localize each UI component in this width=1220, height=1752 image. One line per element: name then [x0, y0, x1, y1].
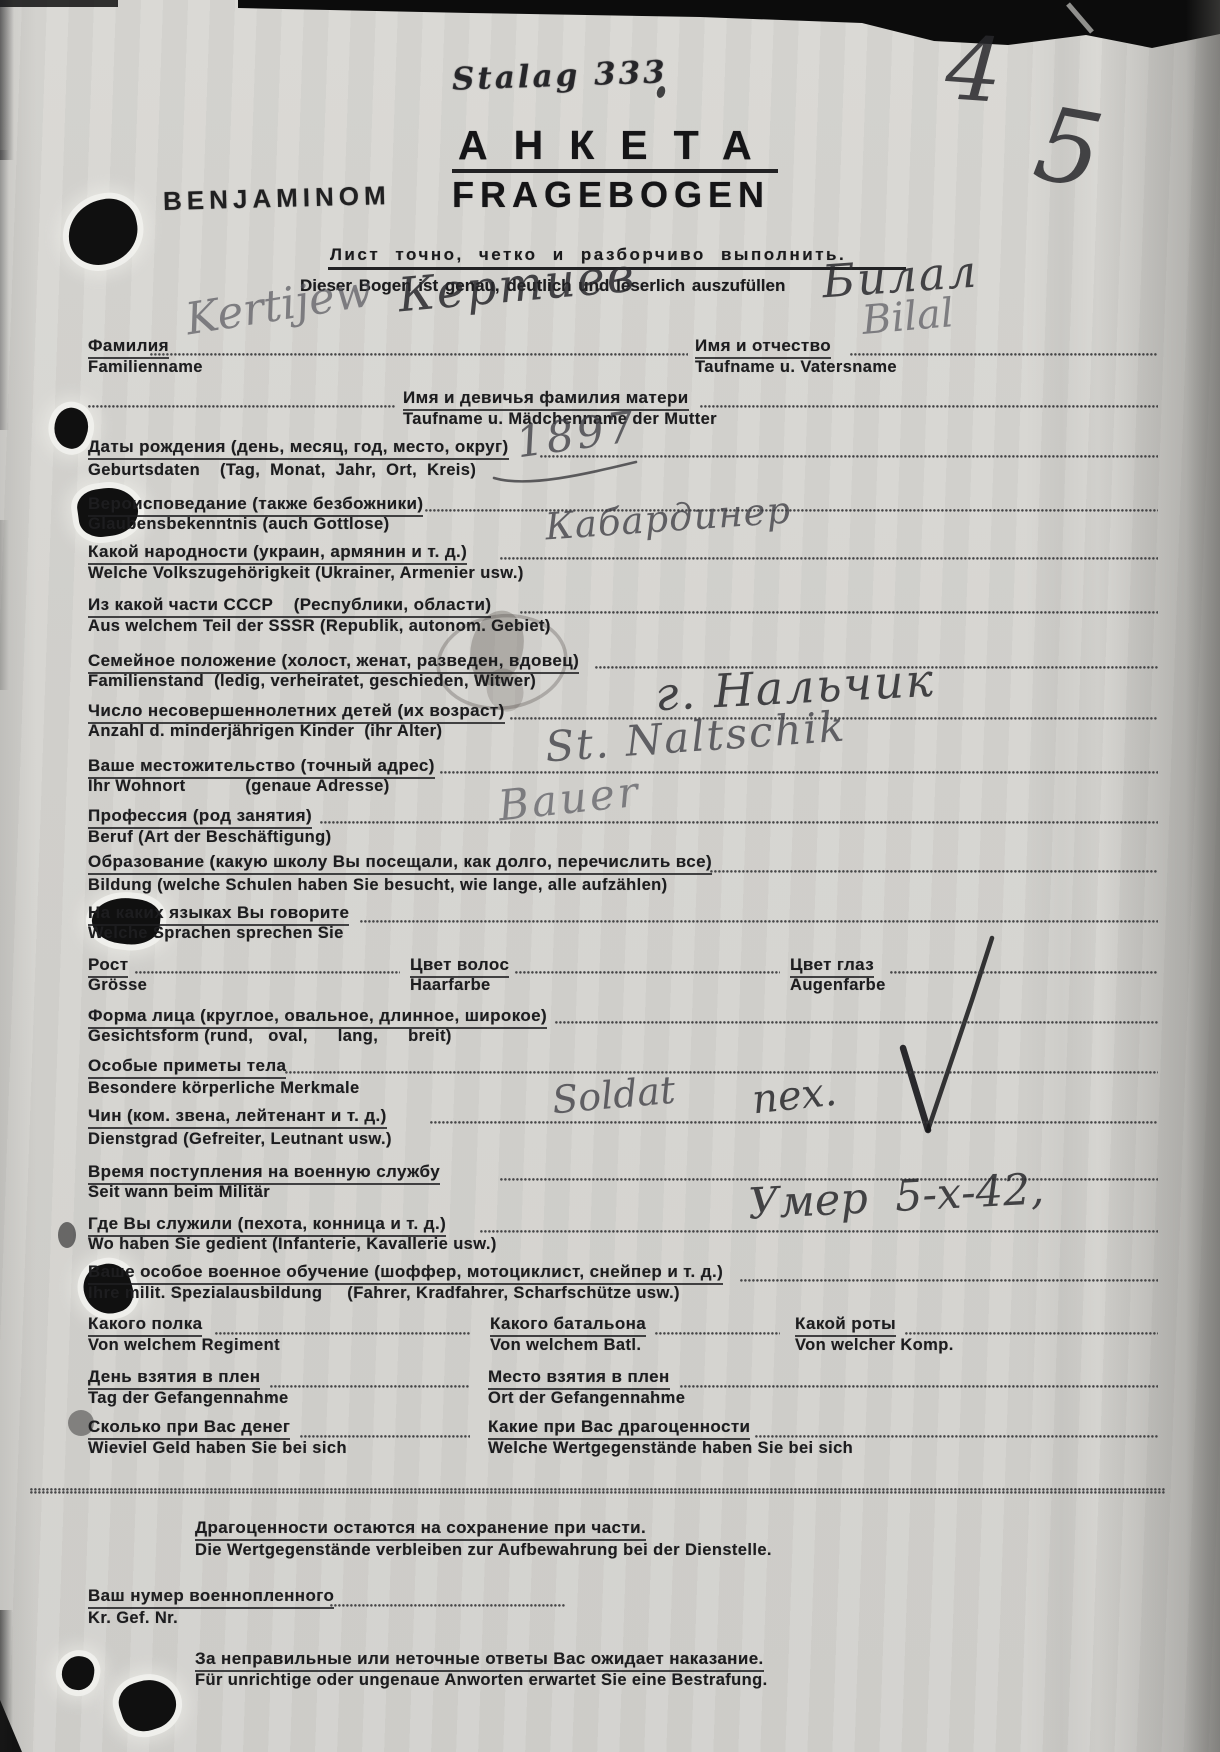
field-capture-day-de: Tag der Gefangennahme	[88, 1389, 289, 1408]
writing-line	[440, 771, 1158, 774]
field-profession-de: Beruf (Art der Beschäftigung)	[88, 828, 332, 847]
field-residence-de: Ihr Wohnort (genaue Adresse)	[88, 777, 390, 796]
field-rank-de: Dienstgrad (Gefreiter, Leutnant usw.)	[88, 1130, 392, 1149]
writing-line	[540, 455, 1158, 458]
field-eye-color-ru: Цвет глаз	[790, 955, 874, 978]
field-nationality-de: Welche Volkszugehörigkeit (Ukrainer, Arm…	[88, 564, 524, 583]
writing-line	[850, 353, 1158, 356]
page-title-russian: АНКЕТА	[458, 122, 778, 169]
handwriting-residence-latin: St. Naltschik	[544, 706, 848, 769]
field-surname-ru: Фамилия	[88, 336, 169, 359]
scan-edge-left	[0, 0, 14, 160]
writing-line	[300, 1435, 470, 1438]
scan-edge-left	[0, 1610, 13, 1752]
field-service-branch-ru: Где Вы служили (пехота, конница и т. д.)	[88, 1214, 446, 1237]
field-profession-ru: Профессия (род занятия)	[88, 806, 312, 829]
writing-line	[555, 1021, 1158, 1024]
title-underline	[452, 169, 778, 173]
field-rank-ru: Чин (ком. звена, лейтенант и т. д.)	[88, 1106, 387, 1129]
field-battalion-de: Von welchem Batl.	[490, 1336, 641, 1355]
writing-line	[655, 1332, 780, 1335]
field-nationality-ru: Какой народности (украин, армянин и т. д…	[88, 542, 467, 565]
field-ussr-region-ru: Из какой части СССР (Республики, области…	[88, 595, 491, 618]
writing-line	[270, 1385, 470, 1388]
punch-hole	[60, 1654, 97, 1693]
field-service-branch-de: Wo haben Sie gedient (Infanterie, Kavall…	[88, 1235, 497, 1254]
field-marital-status-ru: Семейное положение (холост, женат, разве…	[88, 651, 579, 674]
ink-smudge	[58, 1222, 76, 1248]
field-given-name-de: Taufname u. Vatersname	[695, 358, 897, 377]
handwriting-date-note: Умер 5-х-42,	[747, 1168, 1045, 1226]
writing-line	[320, 821, 1158, 824]
writing-line	[425, 509, 1158, 512]
field-body-marks-de: Besondere körperliche Merkmale	[88, 1079, 360, 1098]
handwriting-underline-swoosh	[494, 462, 636, 481]
handwriting-rank-note: пех.	[750, 1072, 838, 1121]
valuables-note-de: Die Wertgegenstände verbleiben zur Aufbe…	[195, 1541, 772, 1560]
field-special-training-ru: Ваше особое военное обучение (шоффер, мо…	[88, 1262, 723, 1285]
handwriting-nationality: Кабардинер	[544, 491, 792, 545]
writing-line	[150, 353, 688, 356]
writing-line	[740, 1279, 1158, 1282]
field-money-ru: Сколько при Вас денег	[88, 1417, 290, 1440]
field-company-ru: Какой роты	[795, 1314, 896, 1337]
writing-line	[710, 870, 1158, 873]
writing-line	[360, 920, 1158, 923]
field-minor-children-de: Anzahl d. minderjährigen Kinder (ihr Alt…	[88, 722, 442, 741]
field-money-de: Wieviel Geld haben Sie bei sich	[88, 1439, 347, 1458]
field-education-de: Bildung (welche Schulen haben Sie besuch…	[88, 876, 668, 895]
field-valuables-ru: Какие при Вас драгоценности	[488, 1417, 750, 1440]
field-education-ru: Образование (какую школу Вы посещали, ка…	[88, 852, 712, 875]
punch-hole	[62, 193, 144, 270]
field-height-ru: Рост	[88, 955, 128, 978]
field-service-start-de: Seit wann beim Militär	[88, 1183, 270, 1202]
handwriting-profession: Bauer	[496, 771, 642, 828]
field-company-de: Von welcher Komp.	[795, 1336, 954, 1355]
field-height-de: Grösse	[88, 976, 147, 995]
scan-edge-left	[0, 150, 9, 430]
field-mother-name-ru: Имя и девичья фамилия матери	[403, 388, 689, 411]
field-capture-place-ru: Место взятия в плен	[488, 1367, 670, 1390]
field-residence-ru: Ваше местожительство (точный адрес)	[88, 756, 435, 779]
field-battalion-ru: Какого батальона	[490, 1314, 646, 1337]
writing-line	[215, 1332, 470, 1335]
field-given-name-ru: Имя и отчество	[695, 336, 831, 359]
writing-line	[430, 1121, 1158, 1124]
warning-ru: За неправильные или неточные ответы Вас …	[195, 1649, 764, 1672]
field-face-shape-ru: Форма лица (круглое, овальное, длинное, …	[88, 1006, 547, 1029]
field-capture-place-de: Ort der Gefangennahme	[488, 1389, 685, 1408]
scanned-questionnaire-page: Stalag 333 4 5 АНКЕТА FRAGEBOGEN BENJAMI…	[0, 0, 1220, 1752]
handwriting-given-name-latin: Bilal	[860, 293, 955, 341]
camp-stamp: Stalag 333	[451, 54, 668, 98]
writing-line	[330, 1604, 565, 1607]
punch-hole	[48, 403, 94, 452]
field-surname-de: Familienname	[88, 358, 203, 377]
field-capture-day-ru: День взятия в плен	[88, 1367, 260, 1390]
writing-line	[890, 971, 1158, 974]
valuables-note-ru: Драгоценности остаются на сохранение при…	[195, 1518, 646, 1541]
scan-edge-left	[0, 520, 9, 690]
field-birth-de: Geburtsdaten (Tag, Monat, Jahr, Ort, Kre…	[88, 461, 476, 480]
field-valuables-de: Welche Wertgegenstände haben Sie bei sic…	[488, 1439, 853, 1458]
field-marital-status-de: Familienstand (ledig, verheiratet, gesch…	[88, 672, 536, 691]
scan-edge-top	[238, 0, 1220, 48]
writing-line	[515, 971, 780, 974]
scan-edge-right	[1186, 0, 1220, 1752]
punch-hole	[114, 1673, 183, 1738]
writing-line	[135, 971, 400, 974]
pow-number-label-ru: Ваш нумер военнопленного	[88, 1586, 334, 1609]
handwriting-rank: Soldat	[551, 1071, 677, 1120]
writing-line	[755, 1435, 1158, 1438]
writing-line	[680, 1385, 1158, 1388]
field-special-training-de: Ihre milit. Spezialausbildung (Fahrer, K…	[88, 1284, 680, 1303]
field-ussr-region-de: Aus welchem Teil der SSSR (Republik, aut…	[88, 617, 551, 636]
field-birth-ru: Даты рождения (день, месяц, год, место, …	[88, 437, 509, 460]
field-languages-ru: На каких языках Вы говорите	[88, 903, 349, 926]
field-religion-de: Glaubensbekenntnis (auch Gottlose)	[88, 515, 389, 534]
field-minor-children-ru: Число несовершеннолетних детей (их возра…	[88, 701, 505, 724]
pencil-checkmark	[903, 938, 992, 1130]
writing-line	[88, 405, 395, 408]
writing-line	[285, 1071, 1158, 1074]
writing-line	[905, 1332, 1158, 1335]
owner-name-stamp: BENJAMINOM	[163, 180, 391, 217]
field-hair-color-de: Haarfarbe	[410, 976, 491, 995]
handwriting-surname-latin: Kertijew	[183, 270, 375, 343]
warning-de: Für unrichtige oder ungenaue Anworten er…	[195, 1671, 768, 1690]
field-face-shape-de: Gesichtsform (rund, oval, lang, breit)	[88, 1027, 452, 1046]
field-service-start-ru: Время поступления на военную службу	[88, 1162, 440, 1185]
pencil-page-number-5: 5	[1028, 93, 1110, 205]
writing-line	[480, 1230, 1158, 1233]
writing-line	[30, 1488, 1165, 1494]
writing-line	[500, 557, 1158, 560]
pencil-page-number-4: 4	[943, 24, 1005, 116]
field-languages-de: Welche Sprachen sprechen Sie	[88, 924, 344, 943]
page-title-german: FRAGEBOGEN	[452, 174, 770, 216]
writing-line	[700, 405, 1158, 408]
writing-line	[520, 611, 1158, 614]
field-regiment-ru: Какого полка	[88, 1314, 202, 1337]
field-body-marks-ru: Особые приметы тела	[88, 1056, 286, 1079]
field-eye-color-de: Augenfarbe	[790, 976, 886, 995]
field-regiment-de: Von welchem Regiment	[88, 1336, 280, 1355]
field-hair-color-ru: Цвет волос	[410, 955, 509, 978]
field-religion-ru: Вероисповедание (также безбожники)	[88, 494, 423, 517]
pow-number-label-de: Kr. Gef. Nr.	[88, 1609, 178, 1628]
